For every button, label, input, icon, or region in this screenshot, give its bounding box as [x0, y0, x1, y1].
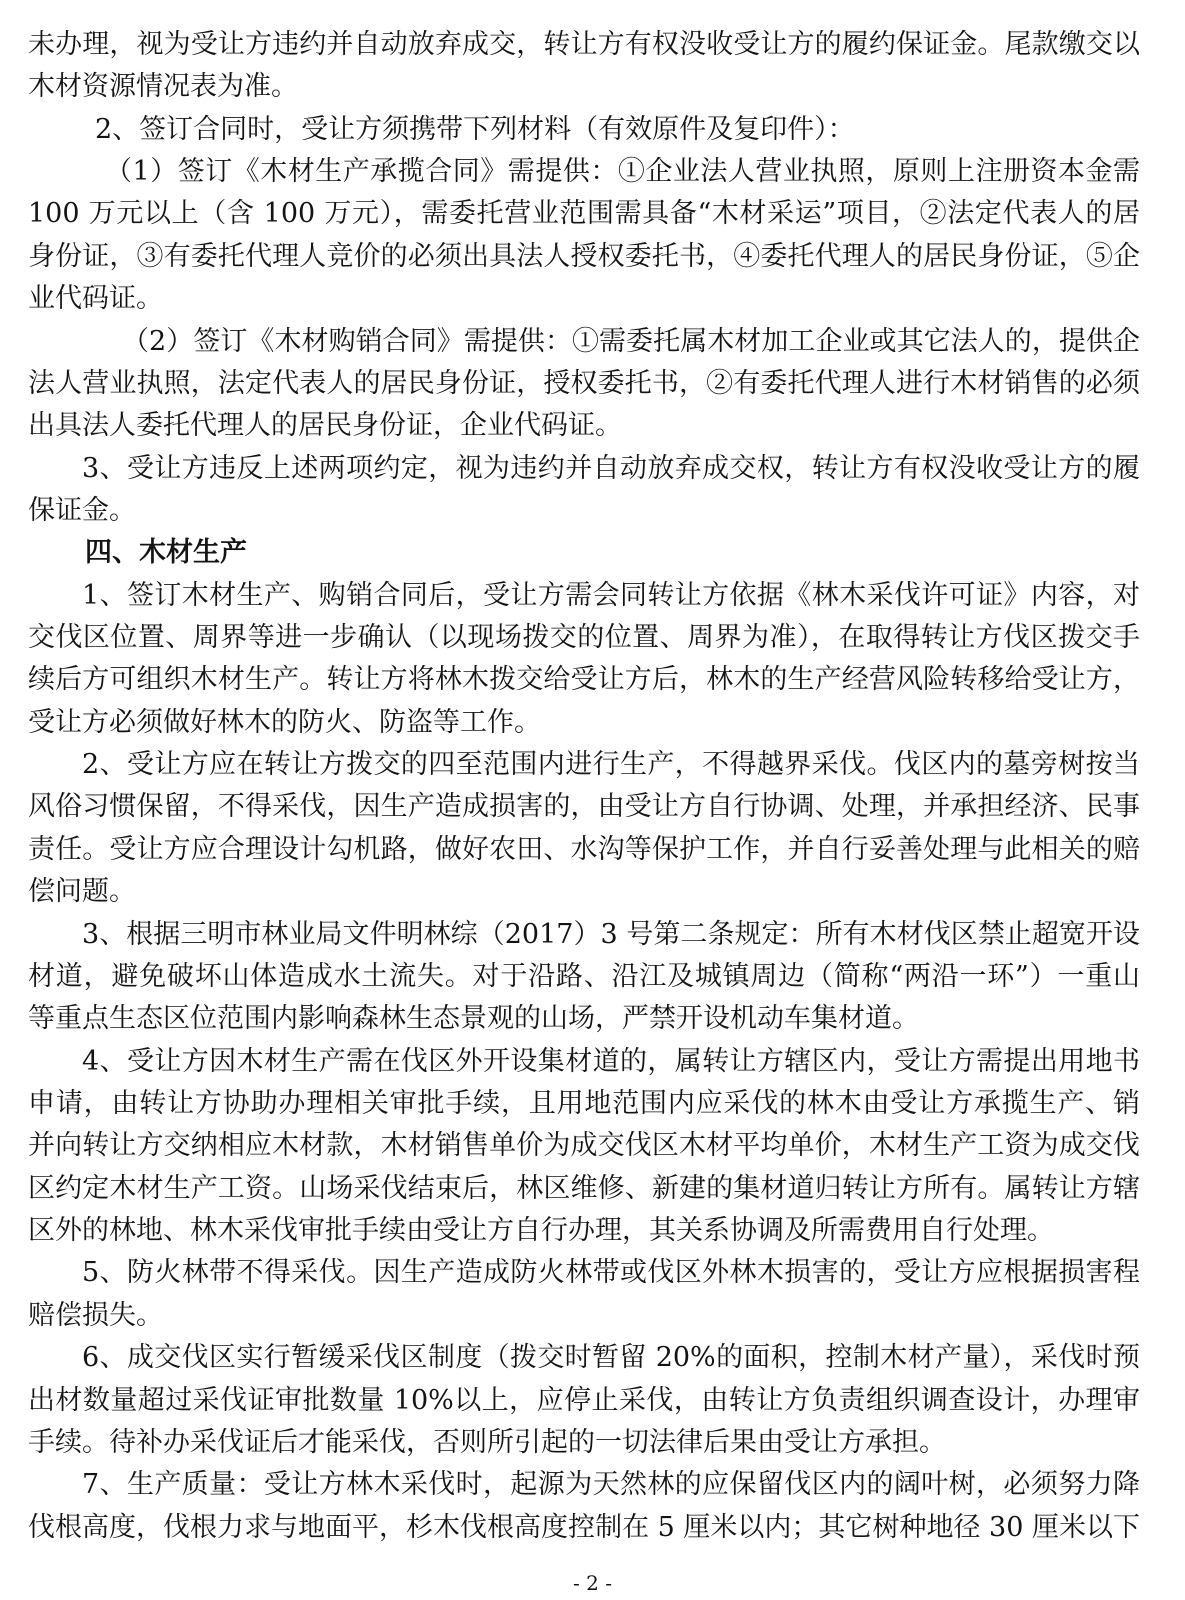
paragraph-item-2-materials: 2、签订合同时，受让方须携带下列材料（有效原件及复印件）：	[28, 109, 1140, 151]
text-line: 4、受让方因木材生产需在伐区外开设集材道的，属转让方辖区内，受让方需提出用地书面	[28, 1041, 1140, 1083]
text-line: 材道，避免破坏山体造成水土流失。对于沿路、沿江及城镇周边（简称“两沿一环”）一重…	[28, 956, 1140, 998]
text-line: 偿问题。	[28, 871, 1140, 913]
text-line: 区约定木材生产工资。山场采伐结束后，林区维修、新建的集材道归转让方所有。属转让方…	[28, 1168, 1140, 1210]
page-number: - 2 -	[0, 1568, 1185, 1598]
text-line: 交伐区位置、周界等进一步确认（以现场拨交的位置、周界为准），在取得转让方伐区拨交…	[28, 617, 1140, 659]
text-line: 出材数量超过采伐证审批数量 10%以上，应停止采伐，由转让方负责组织调查设计，办…	[28, 1380, 1140, 1422]
text-line: 责任。受让方应合理设计勾机路，做好农田、水沟等保护工作，并自行妥善处理与此相关的…	[28, 829, 1140, 871]
paragraph-subitem-1: （1）签订《木材生产承揽合同》需提供：①企业法人营业执照，原则上注册资本金需在 …	[28, 151, 1140, 320]
text-line: 并向转让方交纳相应木材款，木材销售单价为成交伐区木材平均单价，木材生产工资为成交…	[28, 1125, 1140, 1167]
paragraph-production-4: 4、受让方因木材生产需在伐区外开设集材道的，属转让方辖区内，受让方需提出用地书面…	[28, 1041, 1140, 1253]
text-line: 赔偿损失。	[28, 1295, 1140, 1337]
text-line: 2、签订合同时，受让方须携带下列材料（有效原件及复印件）：	[28, 109, 1140, 151]
text-line: （2）签订《木材购销合同》需提供：①需委托属木材加工企业或其它法人的，提供企业	[28, 321, 1140, 363]
text-line: 风俗习惯保留，不得采伐，因生产造成损害的，由受让方自行协调、处理，并承担经济、民…	[28, 786, 1140, 828]
text-line: 1、签订木材生产、购销合同后，受让方需会同转让方依据《林木采伐许可证》内容，对成	[28, 575, 1140, 617]
text-line: 7、生产质量：受让方林木采伐时，起源为天然林的应保留伐区内的阔叶树，必须努力降低	[28, 1464, 1140, 1506]
paragraph-production-2: 2、受让方应在转让方拨交的四至范围内进行生产，不得越界采伐。伐区内的墓旁树按当地…	[28, 744, 1140, 913]
document-page: 未办理，视为受让方违约并自动放弃成交，转让方有权没收受让方的履约保证金。尾款缴交…	[0, 0, 1185, 1600]
paragraph-subitem-2: （2）签订《木材购销合同》需提供：①需委托属木材加工企业或其它法人的，提供企业 …	[28, 321, 1140, 448]
text-line: 伐根高度，伐根力求与地面平，杉木伐根高度控制在 5 厘米以内；其它树种地径 30…	[28, 1507, 1140, 1549]
paragraph-item-3-breach: 3、受让方违反上述两项约定，视为违约并自动放弃成交权，转让方有权没收受让方的履约…	[28, 448, 1140, 533]
text-line: 5、防火林带不得采伐。因生产造成防火林带或伐区外林木损害的，受让方应根据损害程度	[28, 1252, 1140, 1294]
text-line: 手续。待补办采伐证后才能采伐，否则所引起的一切法律后果由受让方承担。	[28, 1422, 1140, 1464]
paragraph-continuation: 未办理，视为受让方违约并自动放弃成交，转让方有权没收受让方的履约保证金。尾款缴交…	[28, 24, 1140, 109]
text-line: （1）签订《木材生产承揽合同》需提供：①企业法人营业执照，原则上注册资本金需在	[28, 151, 1140, 193]
paragraph-production-3: 3、根据三明市林业局文件明林综（2017）3 号第二条规定：所有木材伐区禁止超宽…	[28, 914, 1140, 1041]
text-line: 受让方必须做好林木的防火、防盗等工作。	[28, 702, 1140, 744]
text-line: 3、受让方违反上述两项约定，视为违约并自动放弃成交权，转让方有权没收受让方的履约	[28, 448, 1140, 490]
text-line: 2、受让方应在转让方拨交的四至范围内进行生产，不得越界采伐。伐区内的墓旁树按当地	[28, 744, 1140, 786]
text-line: 申请，由转让方协助办理相关审批手续，且用地范围内应采伐的林木由受让方承揽生产、销…	[28, 1083, 1140, 1125]
text-line: 出具法人委托代理人的居民身份证，企业代码证。	[28, 405, 1140, 447]
text-line: 木材资源情况表为准。	[28, 66, 1140, 108]
text-line: 业代码证。	[28, 278, 1140, 320]
text-line: 等重点生态区位范围内影响森林生态景观的山场，严禁开设机动车集材道。	[28, 998, 1140, 1040]
text-line: 身份证，③有委托代理人竞价的必须出具法人授权委托书，④委托代理人的居民身份证，⑤…	[28, 236, 1140, 278]
paragraph-production-6: 6、成交伐区实行暂缓采伐区制度（拨交时暂留 20%的面积，控制木材产量），采伐时…	[28, 1337, 1140, 1464]
text-line: 100 万元以上（含 100 万元），需委托营业范围需具备“木材采运”项目，②法…	[28, 193, 1140, 235]
document-body: 未办理，视为受让方违约并自动放弃成交，转让方有权没收受让方的履约保证金。尾款缴交…	[28, 24, 1140, 1549]
text-line: 保证金。	[28, 490, 1140, 532]
text-line: 6、成交伐区实行暂缓采伐区制度（拨交时暂留 20%的面积，控制木材产量），采伐时…	[28, 1337, 1140, 1379]
text-line: 续后方可组织木材生产。转让方将林木拨交给受让方后，林木的生产经营风险转移给受让方…	[28, 659, 1140, 701]
text-line: 法人营业执照，法定代表人的居民身份证，授权委托书，②有委托代理人进行木材销售的必…	[28, 363, 1140, 405]
section-title: 四、木材生产	[28, 532, 1140, 574]
paragraph-production-7: 7、生产质量：受让方林木采伐时，起源为天然林的应保留伐区内的阔叶树，必须努力降低…	[28, 1464, 1140, 1549]
paragraph-production-5: 5、防火林带不得采伐。因生产造成防火林带或伐区外林木损害的，受让方应根据损害程度…	[28, 1252, 1140, 1337]
section-heading: 四、木材生产	[28, 532, 1140, 574]
text-line: 未办理，视为受让方违约并自动放弃成交，转让方有权没收受让方的履约保证金。尾款缴交…	[28, 24, 1140, 66]
text-line: 3、根据三明市林业局文件明林综（2017）3 号第二条规定：所有木材伐区禁止超宽…	[28, 914, 1140, 956]
paragraph-production-1: 1、签订木材生产、购销合同后，受让方需会同转让方依据《林木采伐许可证》内容，对成…	[28, 575, 1140, 744]
text-line: 区外的林地、林木采伐审批手续由受让方自行办理，其关系协调及所需费用自行处理。	[28, 1210, 1140, 1252]
